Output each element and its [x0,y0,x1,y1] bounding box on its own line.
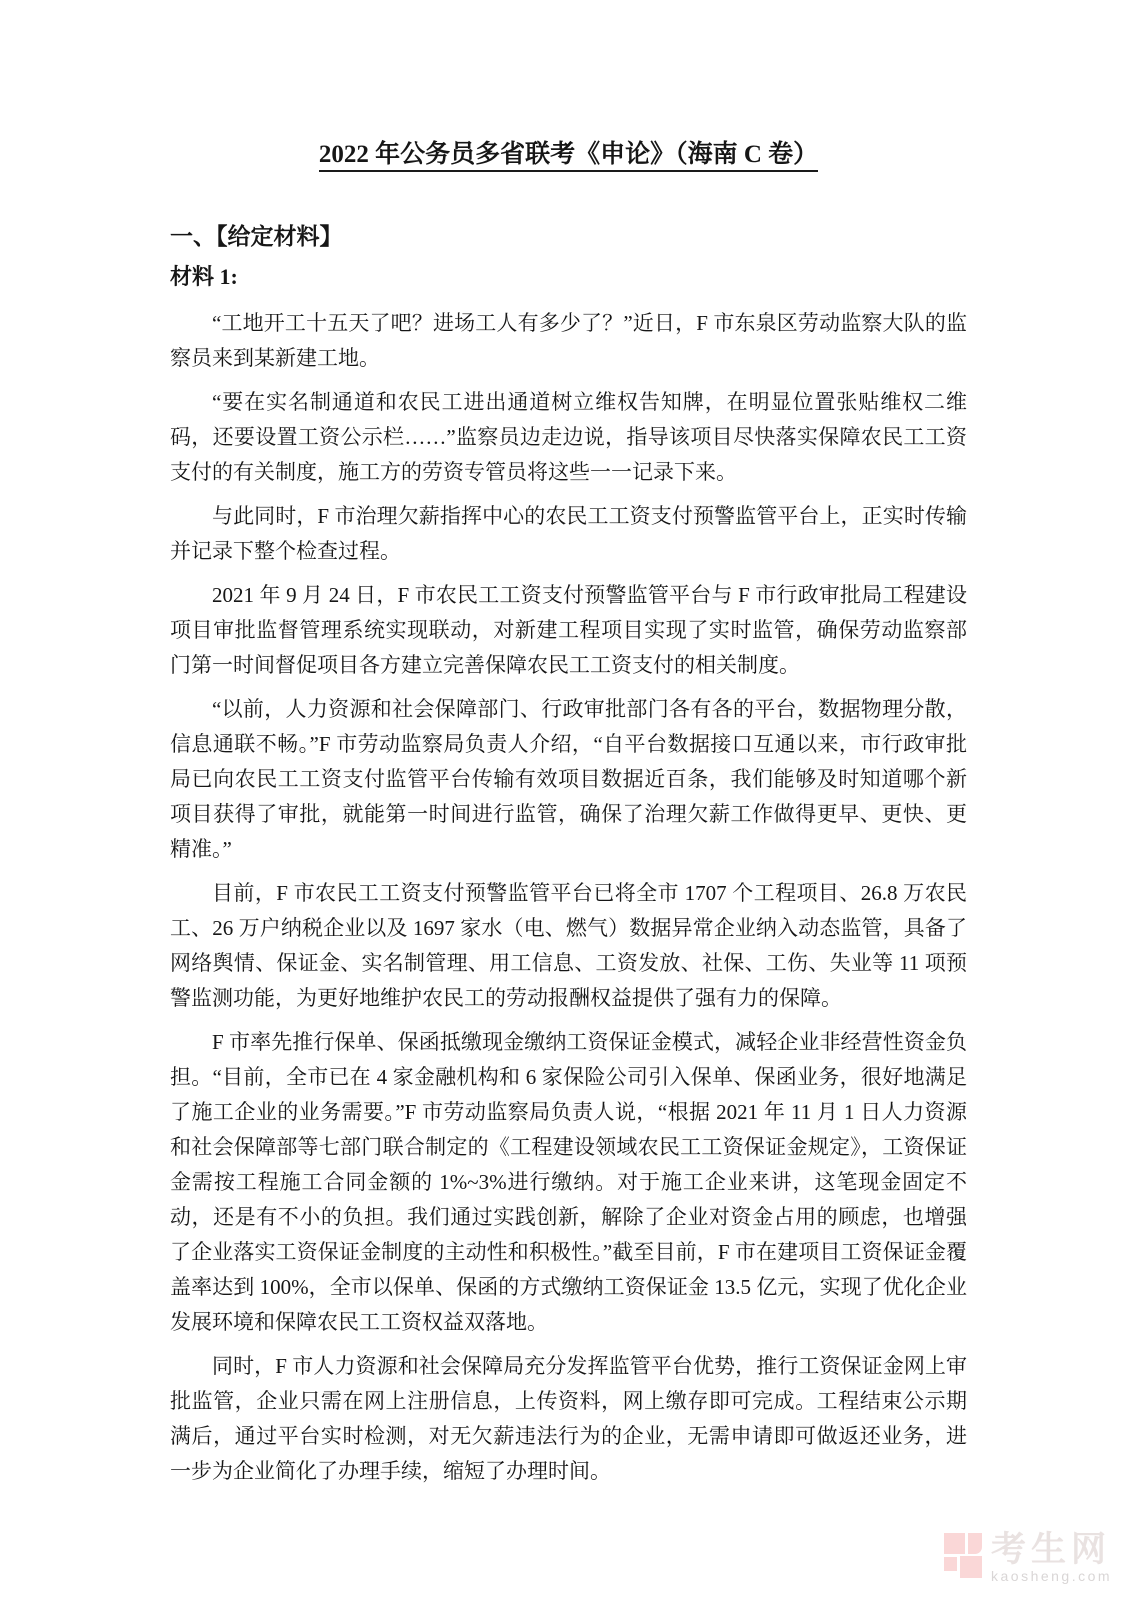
material-paragraph: F 市率先推行保单、保函抵缴现金缴纳工资保证金模式，减轻企业非经营性资金负担。“… [170,1025,967,1340]
material-paragraph: 同时，F 市人力资源和社会保障局充分发挥监管平台优势，推行工资保证金网上审批监管… [170,1349,967,1489]
logo-block-top-right [968,1533,982,1554]
material-label: 材料 1: [170,262,967,292]
watermark-text: 考生网 kaosheng.com [991,1531,1112,1584]
material-paragraph: “以前，人力资源和社会保障部门、行政审批部门各有各的平台，数据物理分散，信息通联… [170,692,967,867]
document-title: 2022 年公务员多省联考《申论》（海南 C 卷） [170,138,967,172]
document-page: 2022 年公务员多省联考《申论》（海南 C 卷） 一、【给定材料】 材料 1:… [0,0,1131,1600]
logo-block-bottom-right [960,1556,982,1578]
material-paragraph: 2021 年 9 月 24 日，F 市农民工工资支付预警监管平台与 F 市行政审… [170,578,967,683]
logo-block-top-left [944,1533,965,1554]
material-paragraph: 目前，F 市农民工工资支付预警监管平台已将全市 1707 个工程项目、26.8 … [170,876,967,1016]
logo-block-bottom-left [944,1557,957,1571]
watermark-site-url: kaosheng.com [991,1569,1112,1584]
section-heading: 一、【给定材料】 [170,222,967,252]
material-paragraph: “工地开工十五天了吧？进场工人有多少了？”近日，F 市东泉区劳动监察大队的监察员… [170,306,967,376]
material-paragraphs: “工地开工十五天了吧？进场工人有多少了？”近日，F 市东泉区劳动监察大队的监察员… [170,306,967,1489]
kaosheng-watermark: 考生网 kaosheng.com [944,1531,1112,1584]
document-content: 2022 年公务员多省联考《申论》（海南 C 卷） 一、【给定材料】 材料 1:… [170,138,967,1489]
watermark-site-name: 考生网 [991,1531,1112,1568]
material-paragraph: “要在实名制通道和农民工进出通道树立维权告知牌，在明显位置张贴维权二维码，还要设… [170,385,967,490]
material-paragraph: 与此同时，F 市治理欠薪指挥中心的农民工工资支付预警监管平台上，正实时传输并记录… [170,499,967,569]
kaosheng-logo-icon [944,1531,982,1579]
document-title-text: 2022 年公务员多省联考《申论》（海南 C 卷） [319,141,818,172]
